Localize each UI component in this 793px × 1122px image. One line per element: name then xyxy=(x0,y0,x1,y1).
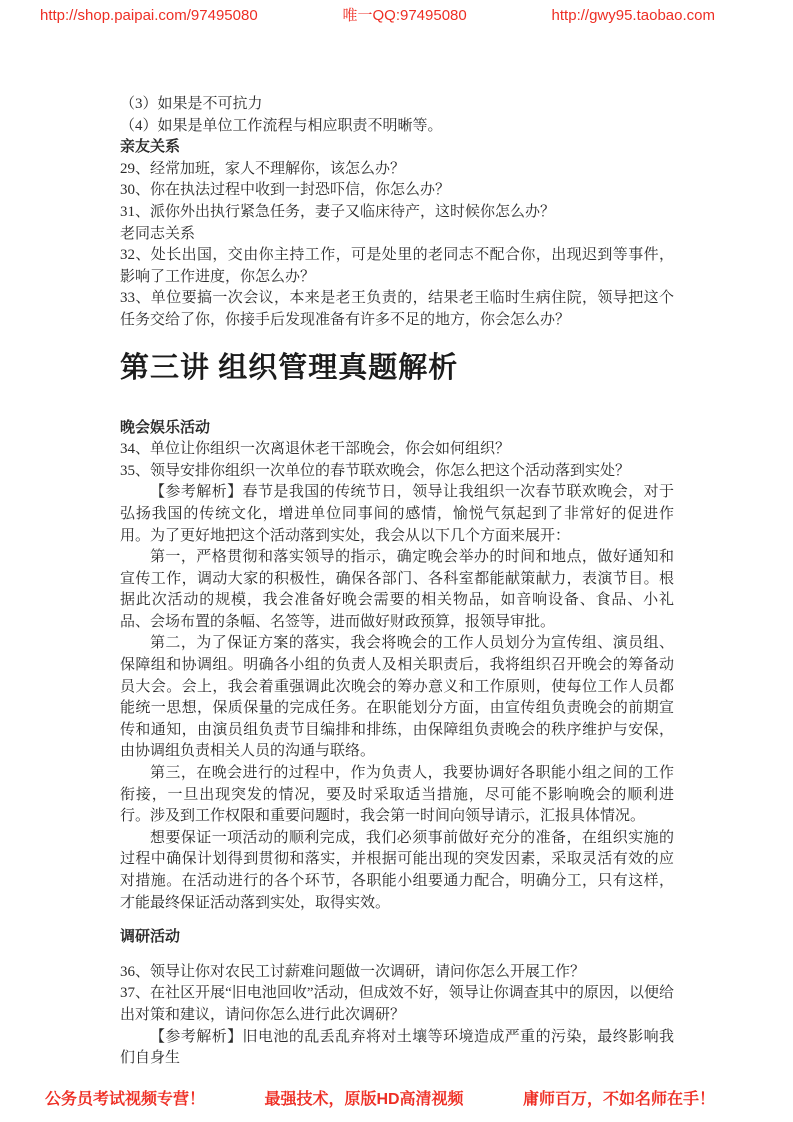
question-line: 33、单位要搞一次会议，本来是老王负责的，结果老王临时生病住院，领导把这个任务交… xyxy=(120,288,674,331)
question-line: 30、你在执法过程中收到一封恐吓信，你怎么办？ xyxy=(120,180,674,202)
answer-paragraph: 第一，严格贯彻和落实领导的指示，确定晚会举办的时间和地点，做好通知和宣传工作，调… xyxy=(120,547,674,633)
list-line: （3）如果是不可抗力 xyxy=(120,94,674,116)
question-line: 34、单位让你组织一次离退休老干部晚会，你会如何组织？ xyxy=(120,439,674,461)
blank-line xyxy=(120,949,674,962)
header-shop-url-link[interactable]: http://shop.paipai.com/97495080 xyxy=(40,7,258,25)
section-label: 晚会娱乐活动 xyxy=(120,418,674,440)
question-line: 29、经常加班，家人不理解你，该怎么办？ xyxy=(120,159,674,181)
answer-paragraph: 【参考解析】旧电池的乱丢乱弃将对土壤等环境造成严重的污染，最终影响我们自身生 xyxy=(120,1027,674,1070)
answer-paragraph: 第三，在晚会进行的过程中，作为负责人，我要协调好各职能小组之间的工作衔接，一旦出… xyxy=(120,763,674,828)
section-label: 调研活动 xyxy=(120,927,674,949)
answer-paragraph: 【参考解析】春节是我国的传统节日，领导让我组织一次春节联欢晚会，对于弘扬我国的传… xyxy=(120,482,674,547)
footer-left-slogan: 公务员考试视频专营！ xyxy=(45,1090,205,1110)
header-qq-label: 唯一QQ:97495080 xyxy=(342,7,466,25)
answer-paragraph: 想要保证一项活动的顺利完成，我们必须事前做好充分的准备，在组织实施的过程中确保计… xyxy=(120,828,674,914)
page-header: http://shop.paipai.com/97495080 唯一QQ:974… xyxy=(40,7,715,25)
section-label: 亲友关系 xyxy=(120,137,674,159)
blank-line xyxy=(120,914,674,927)
footer-center-slogan: 最强技术，原版HD高清视频 xyxy=(264,1090,463,1110)
header-taobao-url-link[interactable]: http://gwy95.taobao.com xyxy=(552,7,715,25)
answer-paragraph: 第二，为了保证方案的落实，我会将晚会的工作人员划分为宣传组、演员组、保障组和协调… xyxy=(120,633,674,763)
footer-right-slogan: 庸师百万，不如名师在手！ xyxy=(523,1090,715,1110)
list-line: （4）如果是单位工作流程与相应职责不明晰等。 xyxy=(120,116,674,138)
document-page: http://shop.paipai.com/97495080 唯一QQ:974… xyxy=(0,0,793,1122)
question-line: 37、在社区开展“旧电池回收”活动，但成效不好，领导让你调查其中的原因，以便给出… xyxy=(120,983,674,1026)
question-line: 32、处长出国，交由你主持工作，可是处里的老同志不配合你，出现迟到等事件，影响了… xyxy=(120,245,674,288)
section-label: 老同志关系 xyxy=(120,224,674,246)
page-footer: 公务员考试视频专营！ 最强技术，原版HD高清视频 庸师百万，不如名师在手！ xyxy=(45,1090,715,1110)
question-line: 35、领导安排你组织一次单位的春节联欢晚会，你怎么把这个活动落到实处？ xyxy=(120,461,674,483)
document-content: （3）如果是不可抗力（4）如果是单位工作流程与相应职责不明晰等。亲友关系29、经… xyxy=(120,94,674,1070)
chapter-heading: 第三讲 组织管理真题解析 xyxy=(120,349,674,387)
question-line: 36、领导让你对农民工讨薪难问题做一次调研，请问你怎么开展工作？ xyxy=(120,962,674,984)
question-line: 31、派你外出执行紧急任务，妻子又临床待产，这时候你怎么办？ xyxy=(120,202,674,224)
